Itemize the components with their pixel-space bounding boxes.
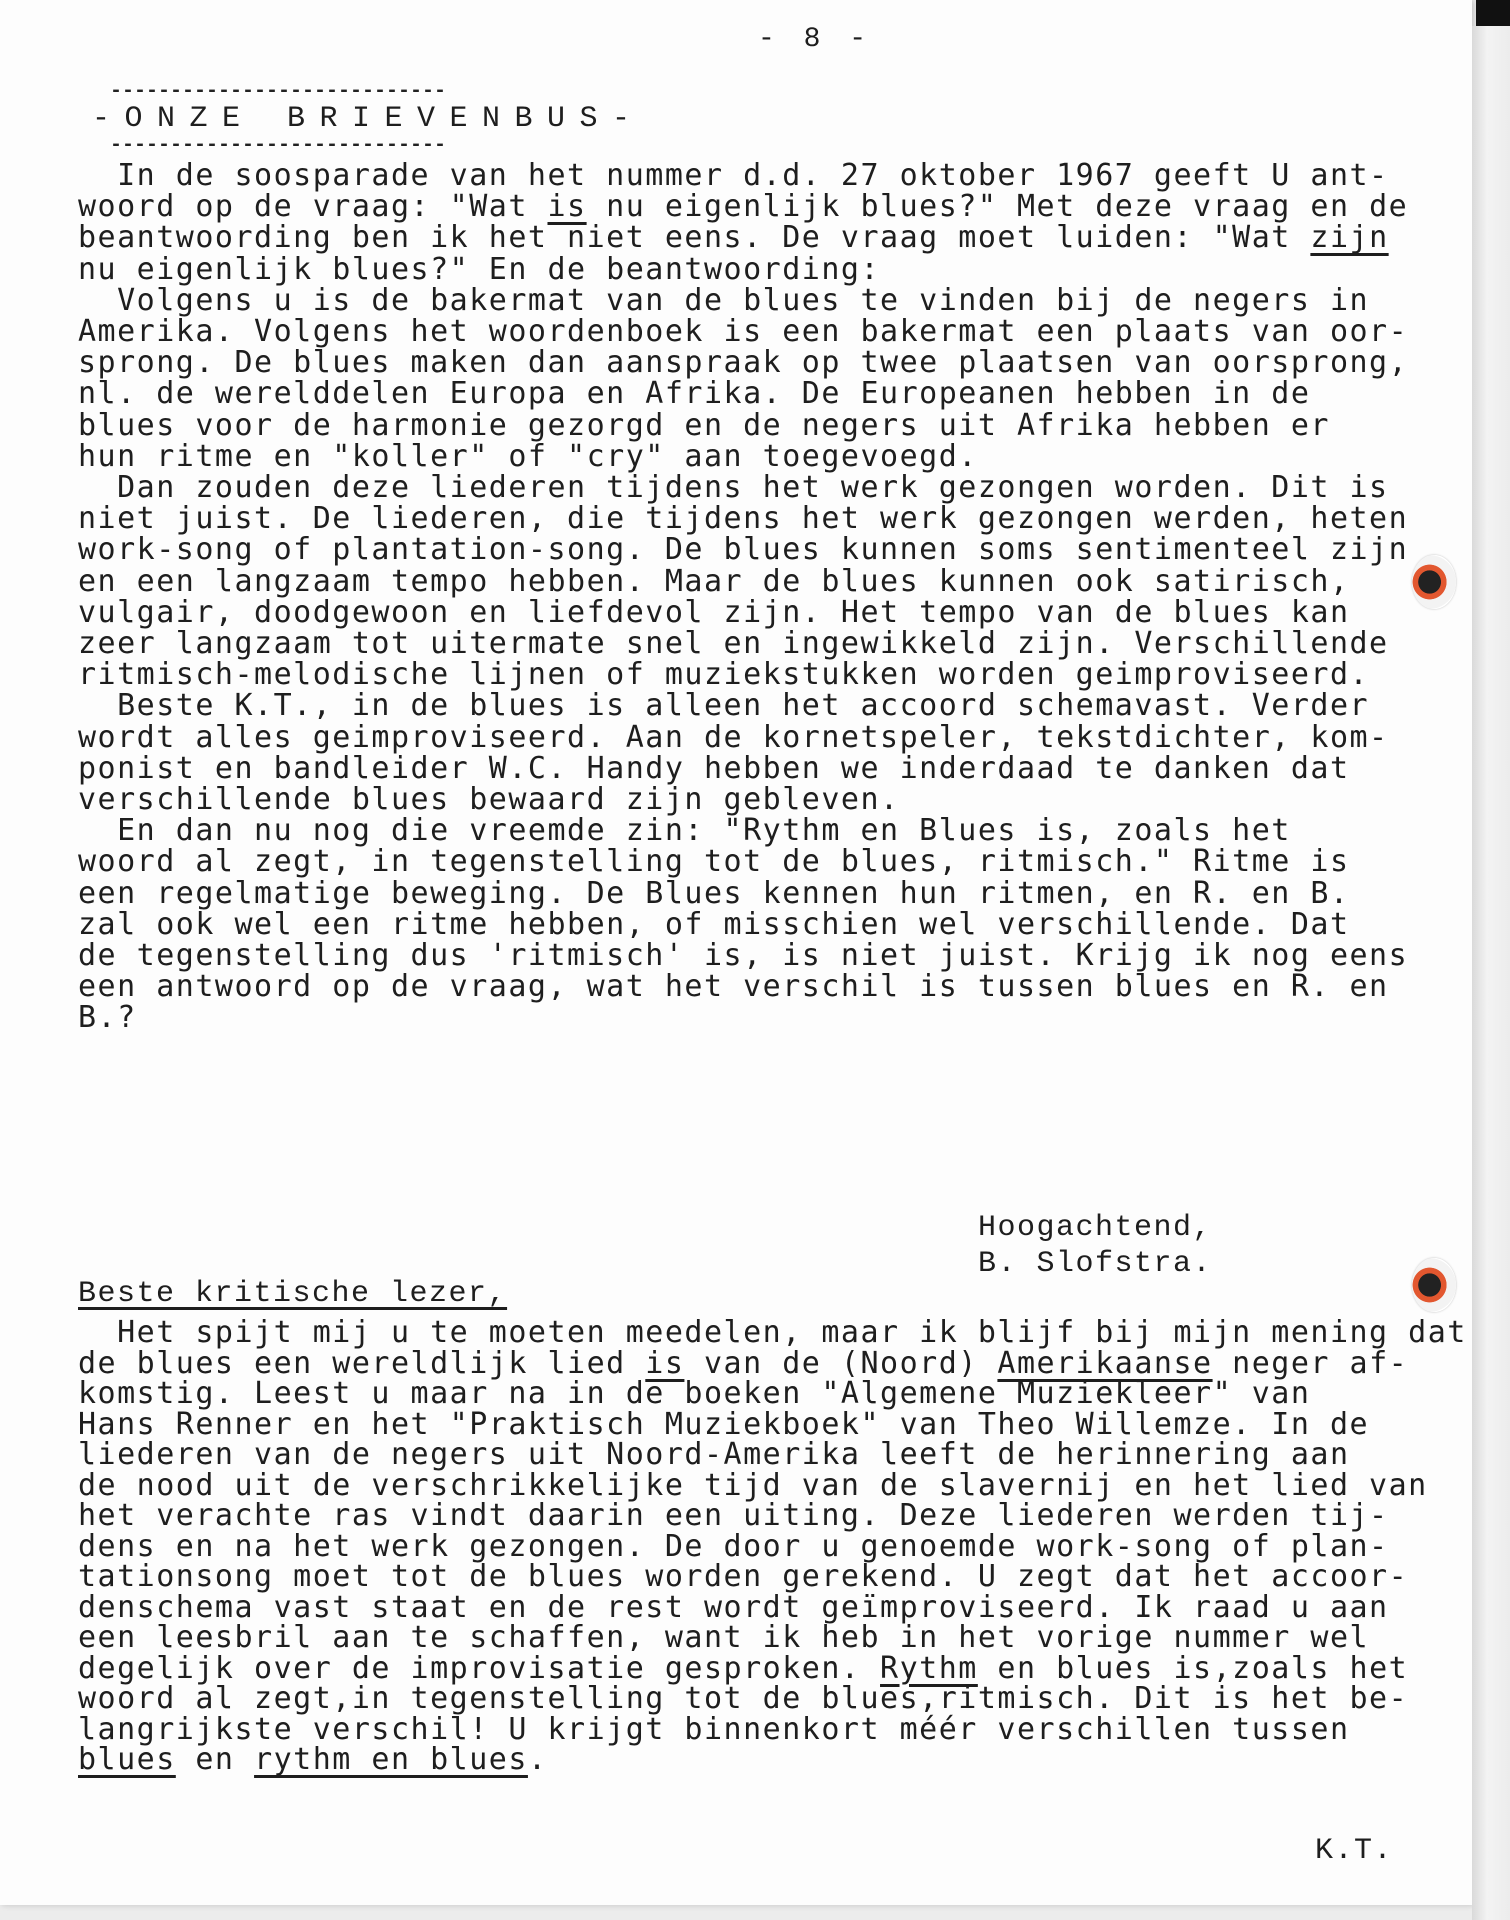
letter-closing: Hoogachtend, xyxy=(978,1210,1212,1246)
text-line: en een langzaam tempo hebben. Maar de bl… xyxy=(78,566,1478,597)
text-line: liederen van de negers uit Noord-Amerika… xyxy=(78,1440,1478,1471)
text-line: niet juist. De liederen, die tijdens het… xyxy=(78,503,1478,534)
text-line: B.? xyxy=(78,1002,1478,1033)
text-line: sprong. De blues maken dan aanspraak op … xyxy=(78,347,1478,378)
text-line: nl. de werelddelen Europa en Afrika. De … xyxy=(78,378,1478,409)
text-line: woord op de vraag: "Wat is nu eigenlijk … xyxy=(78,191,1478,222)
text-line: vulgair, doodgewoon en liefdevol zijn. H… xyxy=(78,597,1478,628)
underlined-emphasis: is xyxy=(547,189,586,224)
text-line: de nood uit de verschrikkelijke tijd van… xyxy=(78,1471,1478,1502)
text-line: de tegenstelling dus 'ritmisch' is, is n… xyxy=(78,940,1478,971)
text-line: het verachte ras vindt daarin een uiting… xyxy=(78,1501,1478,1532)
text-line: Het spijt mij u te moeten meedelen, maar… xyxy=(78,1318,1478,1349)
text-line: En dan nu nog die vreemde zin: "Rythm en… xyxy=(78,815,1478,846)
text-line: hun ritme en "koller" of "cry" aan toege… xyxy=(78,441,1478,472)
text-line: blues en rythm en blues. xyxy=(78,1745,1478,1776)
text-line: een regelmatige beweging. De Blues kenne… xyxy=(78,878,1478,909)
text-line: woord al zegt,in tegenstelling tot de bl… xyxy=(78,1684,1478,1715)
underlined-emphasis: rythm en blues xyxy=(254,1742,528,1777)
page-edge-shadow xyxy=(1472,26,1510,1920)
section-heading: ---------------------------- -ONZE BRIEV… xyxy=(92,85,645,153)
document-page: - 8 - ---------------------------- -ONZE… xyxy=(0,0,1472,1905)
text-line: een antwoord op de vraag, wat het versch… xyxy=(78,971,1478,1002)
text-line: ponist en bandleider W.C. Handy hebben w… xyxy=(78,753,1478,784)
text-line: een leesbril aan te schaffen, want ik he… xyxy=(78,1623,1478,1654)
text-line: Beste K.T., in de blues is alleen het ac… xyxy=(78,690,1478,721)
text-line: Dan zouden deze liederen tijdens het wer… xyxy=(78,472,1478,503)
text-line: woord al zegt, in tegenstelling tot de b… xyxy=(78,846,1478,877)
text-line: In de soosparade van het nummer d.d. 27 … xyxy=(78,160,1478,191)
binder-hole-icon xyxy=(1412,555,1456,609)
binder-hole-icon xyxy=(1412,1258,1456,1312)
text-line: langrijkste verschil! U krijgt binnenkor… xyxy=(78,1715,1478,1746)
text-line: zeer langzaam tot uitermate snel en inge… xyxy=(78,628,1478,659)
text-line: wordt alles geimproviseerd. Aan de korne… xyxy=(78,722,1478,753)
text-line: degelijk over de improvisatie gesproken.… xyxy=(78,1654,1478,1685)
editor-reply-body: Het spijt mij u te moeten meedelen, maar… xyxy=(78,1318,1478,1776)
heading-rule-top: ---------------------------- xyxy=(92,85,645,99)
text-line: zal ook wel een ritme hebben, of misschi… xyxy=(78,909,1478,940)
page-number: - 8 - xyxy=(758,24,872,55)
text-line: tationsong moet tot de blues worden gere… xyxy=(78,1562,1478,1593)
text-line: denschema vast staat en de rest wordt ge… xyxy=(78,1593,1478,1624)
heading-title: -ONZE BRIEVENBUS- xyxy=(92,99,645,139)
reply-salutation: Beste kritische lezer, xyxy=(78,1277,507,1311)
text-line: nu eigenlijk blues?" En de beantwoording… xyxy=(78,254,1478,285)
heading-rule-bottom: ---------------------------- xyxy=(92,139,645,153)
reader-letter-body: In de soosparade van het nummer d.d. 27 … xyxy=(78,160,1478,1034)
text-line: de blues een wereldlijk lied is van de (… xyxy=(78,1349,1478,1380)
letter-signature: B. Slofstra. xyxy=(978,1246,1212,1282)
text-line: beantwoording ben ik het niet eens. De v… xyxy=(78,222,1478,253)
underlined-emphasis: zijn xyxy=(1310,220,1388,255)
text-line: verschillende blues bewaard zijn gebleve… xyxy=(78,784,1478,815)
text-line: dens en na het werk gezongen. De door u … xyxy=(78,1532,1478,1563)
text-line: Amerika. Volgens het woordenboek is een … xyxy=(78,316,1478,347)
text-line: work-song of plantation-song. De blues k… xyxy=(78,534,1478,565)
scan-corner-dark xyxy=(1476,0,1510,26)
underlined-emphasis: blues xyxy=(78,1742,176,1777)
text-line: Hans Renner en het "Praktisch Muziekboek… xyxy=(78,1410,1478,1441)
text-line: blues voor de harmonie gezorgd en de neg… xyxy=(78,410,1478,441)
text-line: ritmisch-melodische lijnen of muziekstuk… xyxy=(78,659,1478,690)
reply-signature: K.T. xyxy=(1315,1834,1393,1868)
text-line: komstig. Leest u maar na in de boeken "A… xyxy=(78,1379,1478,1410)
text-line: Volgens u is de bakermat van de blues te… xyxy=(78,285,1478,316)
